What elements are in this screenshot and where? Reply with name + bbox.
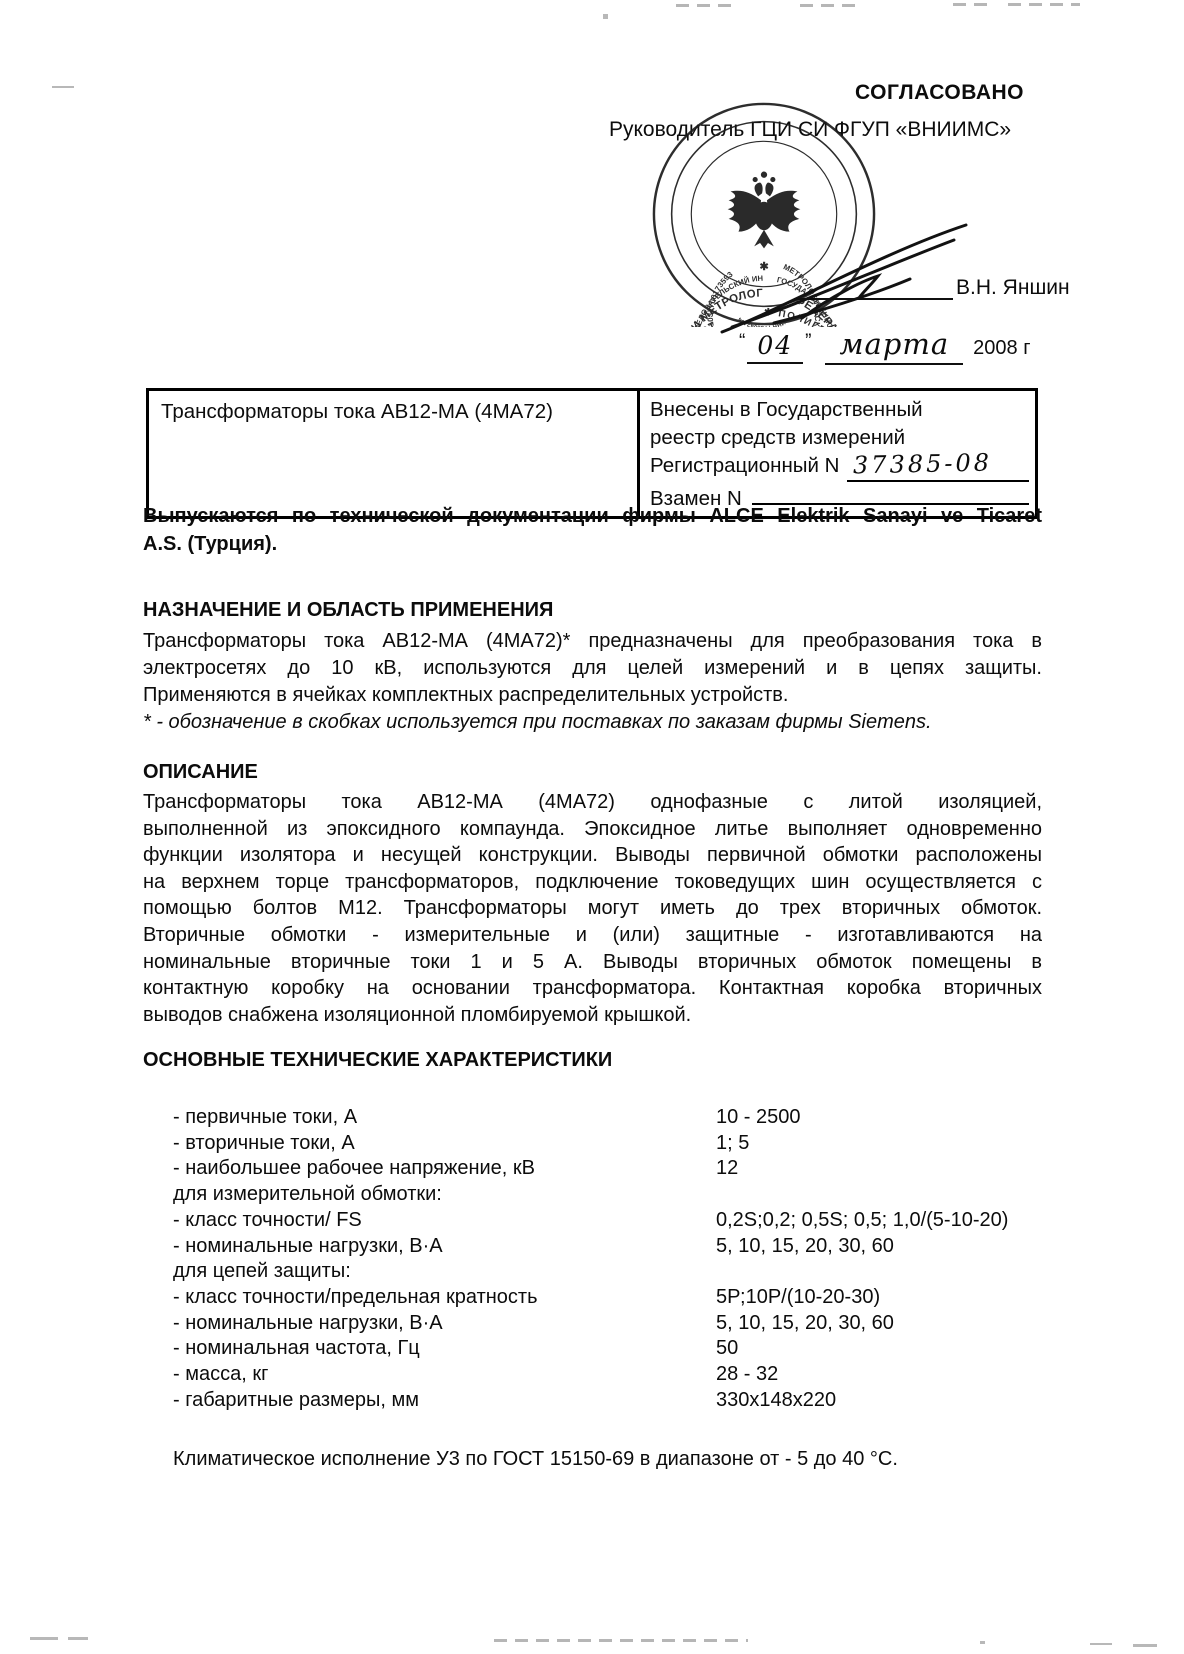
scan-artifact	[30, 1637, 58, 1640]
spec-row: для цепей защиты:	[143, 1259, 1042, 1285]
spec-label: для измерительной обмотки:	[143, 1182, 716, 1208]
spec-label: - класс точности/предельная кратность	[143, 1285, 716, 1311]
spec-value: 12	[716, 1156, 1042, 1182]
spec-row: - первичные токи, А10 - 2500	[143, 1105, 1042, 1131]
scan-artifact	[1090, 1643, 1112, 1645]
spec-row: для измерительной обмотки:	[143, 1182, 1042, 1208]
scan-artifact	[953, 3, 995, 6]
date-month-handwritten: марта	[825, 327, 963, 365]
description-line: функции изолятора и несущей конструкции.…	[143, 842, 1042, 869]
description-heading: ОПИСАНИЕ	[143, 761, 258, 784]
description-line: помощью болтов М12. Трансформаторы могут…	[143, 895, 1042, 922]
registry-line1: Внесены в Государственный	[650, 396, 1031, 424]
description-line: номинальные вторичные токи 1 и 5 А. Выво…	[143, 949, 1042, 976]
registry-cell: Внесены в Государственный реестр средств…	[637, 391, 1035, 516]
description-line: Вторичные обмотки - измерительные и (или…	[143, 922, 1042, 949]
spec-row: - класс точности/предельная кратность5Р;…	[143, 1285, 1042, 1311]
spec-value: 5, 10, 15, 20, 30, 60	[716, 1311, 1042, 1337]
issued-by-paragraph: Выпускаются по технической документации …	[143, 502, 1042, 558]
climate-note: Климатическое исполнение У3 по ГОСТ 1515…	[173, 1448, 898, 1471]
description-line: на верхнем торце трансформаторов, подклю…	[143, 869, 1042, 896]
product-name-cell: Трансформаторы тока АВ12-МА (4МА72)	[149, 391, 637, 516]
description-line: Трансформаторы тока АВ12-МА (4МА72) одно…	[143, 789, 1042, 816]
spec-label: - первичные токи, А	[143, 1105, 716, 1131]
purpose-paragraph: Трансформаторы тока АВ12-МА (4МА72)* пре…	[143, 628, 1042, 709]
scan-artifact	[603, 14, 608, 19]
spec-row: - номинальная частота, Гц50	[143, 1336, 1042, 1362]
purpose-heading: НАЗНАЧЕНИЕ И ОБЛАСТЬ ПРИМЕНЕНИЯ	[143, 599, 553, 622]
spec-label: - наибольшее рабочее напряжение, кВ	[143, 1156, 716, 1182]
scan-artifact	[676, 4, 736, 7]
spec-value: 5, 10, 15, 20, 30, 60	[716, 1234, 1042, 1260]
description-paragraph: Трансформаторы тока АВ12-МА (4МА72) одно…	[143, 789, 1042, 1028]
description-line: выполненной из эпоксидного компаунда. Эп…	[143, 816, 1042, 843]
spec-label: - вторичные токи, А	[143, 1131, 716, 1157]
purpose-line: Трансформаторы тока АВ12-МА (4МА72)* пре…	[143, 628, 1042, 655]
approved-stamp-label: СОГЛАСОВАНО	[855, 81, 1024, 105]
scan-artifact	[1133, 1644, 1157, 1647]
description-line: выводов снабжена изоляционной пломбируем…	[143, 1002, 1042, 1029]
spec-row: - масса, кг28 - 32	[143, 1362, 1042, 1388]
purpose-line: электросетях до 10 кВ, используются для …	[143, 655, 1042, 682]
approver-name: В.Н. Яншин	[956, 276, 1070, 300]
scan-artifact	[800, 4, 858, 7]
spec-label: - класс точности/ FS	[143, 1208, 716, 1234]
registration-number-underline: 37385-08	[847, 451, 1029, 482]
issued-line: A.S. (Турция).	[143, 530, 1042, 558]
spec-row: - класс точности/ FS0,2S;0,2; 0,5S; 0,5;…	[143, 1208, 1042, 1234]
date-year: 2008 г	[973, 337, 1030, 360]
registration-number-line: Регистрационный N 37385-08	[650, 451, 1031, 482]
spec-label: для цепей защиты:	[143, 1259, 716, 1285]
specs-list: - первичные токи, А10 - 2500 - вторичные…	[143, 1105, 1042, 1413]
spec-value: 5Р;10Р/(10-20-30)	[716, 1285, 1042, 1311]
date-close-quote: ”	[803, 331, 813, 353]
spec-row: - габаритные размеры, мм330х148х220	[143, 1388, 1042, 1414]
signature-icon	[716, 219, 971, 337]
registration-label: Регистрационный N	[650, 452, 839, 480]
spec-row: - номинальные нагрузки, В·А5, 10, 15, 20…	[143, 1234, 1042, 1260]
signature-line	[794, 298, 953, 300]
scan-artifact	[52, 86, 74, 88]
spec-value: 0,2S;0,2; 0,5S; 0,5; 1,0/(5-10-20)	[716, 1208, 1042, 1234]
description-line: контактную коробку на основании трансфор…	[143, 975, 1042, 1002]
spec-value: 330х148х220	[716, 1388, 1042, 1414]
scan-artifact	[1008, 3, 1080, 6]
registration-number-handwritten: 37385-08	[847, 449, 993, 480]
specs-heading: ОСНОВНЫЕ ТЕХНИЧЕСКИЕ ХАРАКТЕРИСТИКИ	[143, 1049, 612, 1072]
spec-row: - номинальные нагрузки, В·А5, 10, 15, 20…	[143, 1311, 1042, 1337]
spec-row: - вторичные токи, А1; 5	[143, 1131, 1042, 1157]
document-page: СОГЛАСОВАНО Руководитель ГЦИ СИ ФГУП «ВН…	[0, 0, 1184, 1654]
issued-line: Выпускаются по технической документации …	[143, 502, 1042, 530]
date-day-handwritten: 04	[747, 331, 803, 364]
scan-artifact	[68, 1637, 88, 1640]
spec-label: - номинальная частота, Гц	[143, 1336, 716, 1362]
scan-artifact	[494, 1639, 748, 1642]
approval-date: “ 04 ” марта 2008 г	[737, 327, 1031, 365]
spec-value: 50	[716, 1336, 1042, 1362]
scan-artifact	[980, 1641, 985, 1644]
siemens-footnote: * - обозначение в скобках используется п…	[143, 711, 1042, 734]
date-open-quote: “	[737, 331, 747, 353]
spec-label: - масса, кг	[143, 1362, 716, 1388]
spec-label: - номинальные нагрузки, В·А	[143, 1311, 716, 1337]
spec-label: - габаритные размеры, мм	[143, 1388, 716, 1414]
registry-table: Трансформаторы тока АВ12-МА (4МА72) Внес…	[146, 388, 1038, 519]
spec-value: 1; 5	[716, 1131, 1042, 1157]
spec-value: 28 - 32	[716, 1362, 1042, 1388]
spec-value: 10 - 2500	[716, 1105, 1042, 1131]
registry-line2: реестр средств измерений	[650, 424, 1031, 452]
purpose-line: Применяются в ячейках комплектных распре…	[143, 682, 1042, 709]
spec-value	[716, 1259, 1042, 1285]
spec-value	[716, 1182, 1042, 1208]
spec-row: - наибольшее рабочее напряжение, кВ12	[143, 1156, 1042, 1182]
spec-label: - номинальные нагрузки, В·А	[143, 1234, 716, 1260]
